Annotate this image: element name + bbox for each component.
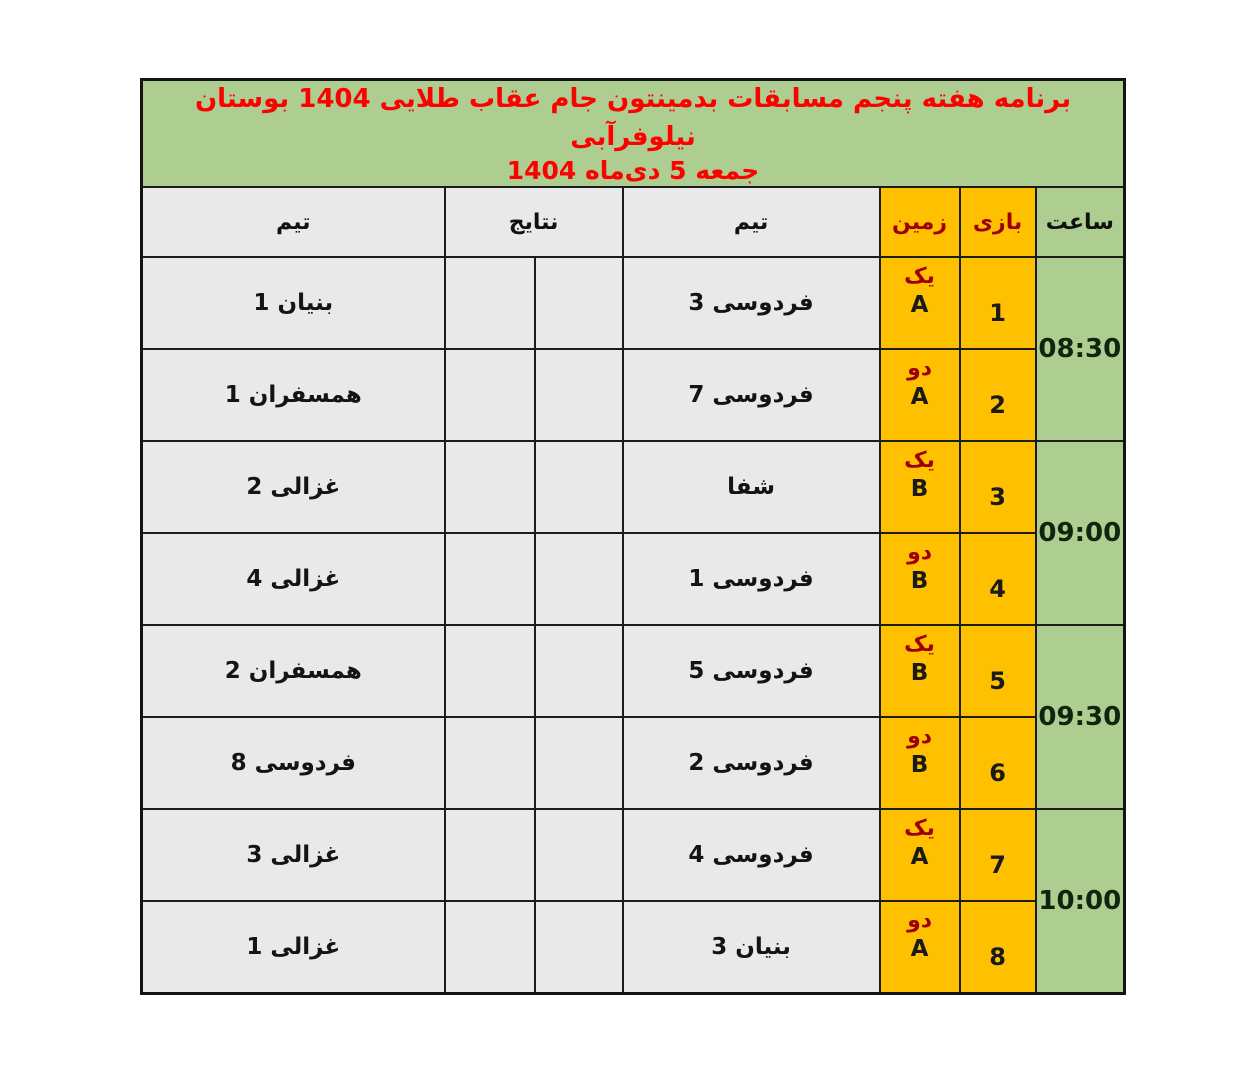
team-right-cell: بنیان 3 (623, 901, 880, 994)
court-label-en: A (881, 935, 959, 965)
tournament-title: برنامه هفته پنجم مسابقات بدمینتون جام عق… (143, 81, 1123, 156)
game-row-7: 10:00 7 یک A فردوسی 4 غزالی 3 (142, 809, 1125, 901)
game-row-1: 08:30 1 یک A فردوسی 3 بنیان 1 (142, 257, 1125, 349)
team-right-cell: فردوسی 1 (623, 533, 880, 625)
court-name-fa: یک (881, 442, 959, 475)
result-cell (445, 441, 535, 533)
header-results: نتایج (445, 187, 623, 257)
court-cell: یک B (880, 441, 960, 533)
court-name-fa: دو (881, 718, 959, 751)
result-cell (535, 901, 623, 994)
result-cell (535, 625, 623, 717)
game-row-5: 09:30 5 یک B فردوسی 5 همسفران 2 (142, 625, 1125, 717)
team-left-cell: همسفران 2 (142, 625, 445, 717)
result-cell (535, 809, 623, 901)
team-left-cell: غزالی 2 (142, 441, 445, 533)
game-number-cell: 8 (960, 901, 1036, 994)
result-cell (445, 533, 535, 625)
result-cell (445, 257, 535, 349)
team-left-cell: فردوسی 8 (142, 717, 445, 809)
result-cell (445, 809, 535, 901)
game-number: 5 (989, 667, 1006, 695)
game-number: 1 (989, 299, 1006, 327)
court-name-fa: دو (881, 534, 959, 567)
result-cell (535, 257, 623, 349)
game-row-3: 09:00 3 یک B شفا غزالی 2 (142, 441, 1125, 533)
result-cell (535, 441, 623, 533)
tournament-date: جمعه 5 دی‌ماه 1404 (143, 156, 1123, 186)
time-cell-1000: 10:00 (1036, 809, 1125, 994)
court-label-en: B (881, 751, 959, 781)
game-number: 4 (989, 575, 1006, 603)
team-right-cell: فردوسی 2 (623, 717, 880, 809)
header-court: زمین (880, 187, 960, 257)
court-name-fa: دو (881, 902, 959, 935)
result-cell (445, 349, 535, 441)
team-right-cell: فردوسی 3 (623, 257, 880, 349)
court-cell: یک B (880, 625, 960, 717)
game-number: 2 (989, 391, 1006, 419)
game-row-4: 4 دو B فردوسی 1 غزالی 4 (142, 533, 1125, 625)
title-row: برنامه هفته پنجم مسابقات بدمینتون جام عق… (142, 80, 1125, 188)
team-left-cell: غزالی 3 (142, 809, 445, 901)
team-right-cell: شفا (623, 441, 880, 533)
table-title-cell: برنامه هفته پنجم مسابقات بدمینتون جام عق… (142, 80, 1125, 188)
game-number-cell: 7 (960, 809, 1036, 901)
game-number: 7 (989, 851, 1006, 879)
court-label-en: B (881, 659, 959, 689)
game-number-cell: 6 (960, 717, 1036, 809)
result-cell (535, 349, 623, 441)
court-name-fa: یک (881, 810, 959, 843)
result-cell (445, 717, 535, 809)
game-row-6: 6 دو B فردوسی 2 فردوسی 8 (142, 717, 1125, 809)
court-cell: دو B (880, 533, 960, 625)
header-team-right: تیم (623, 187, 880, 257)
team-right-cell: فردوسی 4 (623, 809, 880, 901)
team-right-cell: فردوسی 7 (623, 349, 880, 441)
game-row-8: 8 دو A بنیان 3 غزالی 1 (142, 901, 1125, 994)
team-left-cell: بنیان 1 (142, 257, 445, 349)
game-number: 6 (989, 759, 1006, 787)
court-label-en: B (881, 567, 959, 597)
header-time: ساعت (1036, 187, 1125, 257)
court-cell: دو B (880, 717, 960, 809)
game-row-2: 2 دو A فردوسی 7 همسفران 1 (142, 349, 1125, 441)
game-number: 8 (989, 943, 1006, 971)
court-label-en: B (881, 475, 959, 505)
team-right-cell: فردوسی 5 (623, 625, 880, 717)
game-number-cell: 2 (960, 349, 1036, 441)
court-label-en: A (881, 383, 959, 413)
game-number: 3 (989, 483, 1006, 511)
result-cell (535, 533, 623, 625)
page-background: برنامه هفته پنجم مسابقات بدمینتون جام عق… (0, 0, 1238, 1080)
header-team-left: تیم (142, 187, 445, 257)
team-left-cell: همسفران 1 (142, 349, 445, 441)
court-name-fa: دو (881, 350, 959, 383)
time-cell-0930: 09:30 (1036, 625, 1125, 809)
court-name-fa: یک (881, 258, 959, 291)
team-left-cell: غزالی 1 (142, 901, 445, 994)
game-number-cell: 3 (960, 441, 1036, 533)
result-cell (445, 625, 535, 717)
game-number-cell: 4 (960, 533, 1036, 625)
court-cell: دو A (880, 901, 960, 994)
court-name-fa: یک (881, 626, 959, 659)
header-game: بازی (960, 187, 1036, 257)
header-row: ساعت بازی زمین تیم نتایج تیم (142, 187, 1125, 257)
court-cell: یک A (880, 809, 960, 901)
result-cell (445, 901, 535, 994)
game-number-cell: 5 (960, 625, 1036, 717)
court-cell: دو A (880, 349, 960, 441)
court-label-en: A (881, 843, 959, 873)
game-number-cell: 1 (960, 257, 1036, 349)
team-left-cell: غزالی 4 (142, 533, 445, 625)
badminton-schedule-table: برنامه هفته پنجم مسابقات بدمینتون جام عق… (140, 78, 1126, 995)
time-cell-0830: 08:30 (1036, 257, 1125, 441)
time-cell-0900: 09:00 (1036, 441, 1125, 625)
court-cell: یک A (880, 257, 960, 349)
court-label-en: A (881, 291, 959, 321)
result-cell (535, 717, 623, 809)
